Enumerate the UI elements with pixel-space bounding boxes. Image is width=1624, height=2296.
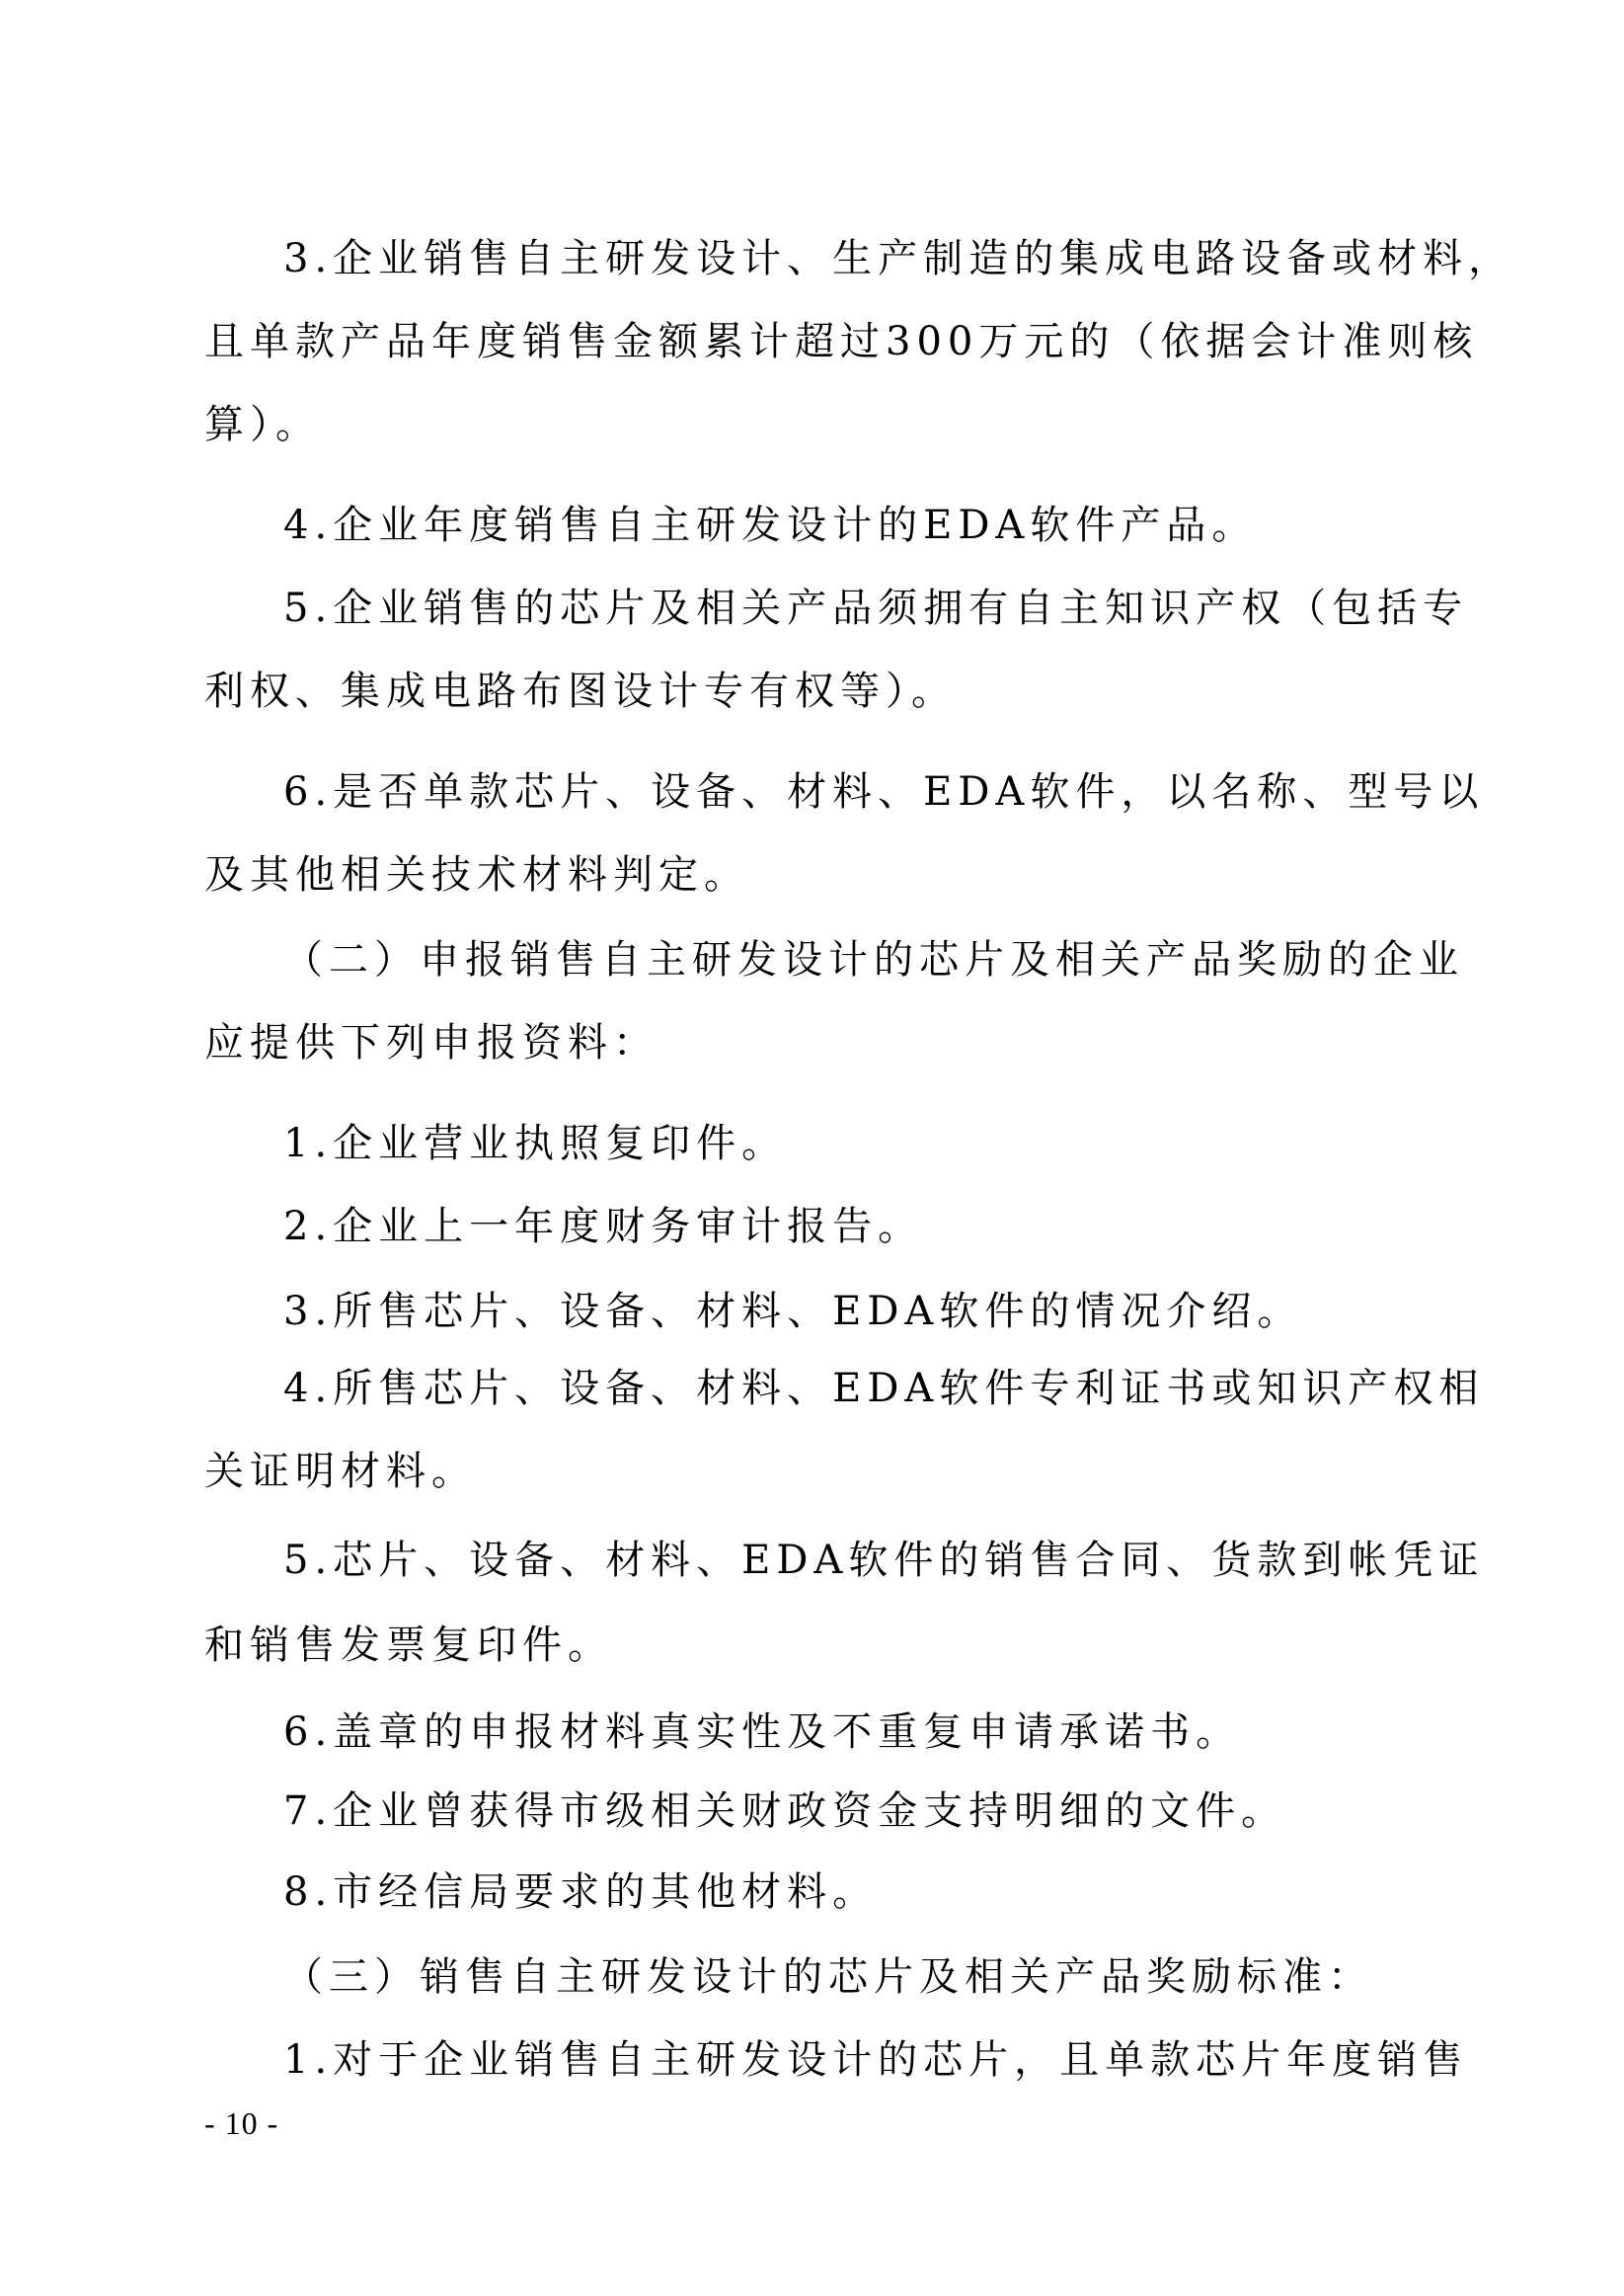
list-item-patent-certificate-continued: 关证明材料。 bbox=[204, 1442, 477, 1501]
paragraph-line-item-5-ip: 5.企业销售的芯片及相关产品须拥有自主知识产权（包括专 bbox=[283, 579, 1446, 638]
section-heading-2-continued: 应提供下列申报资料： bbox=[204, 1013, 658, 1072]
list-item-sales-contract-continued: 和销售发票复印件。 bbox=[204, 1616, 613, 1675]
list-item-other-materials: 8.市经信局要求的其他材料。 bbox=[283, 1862, 878, 1922]
paragraph-line-technical-materials: 及其他相关技术材料判定。 bbox=[204, 845, 749, 905]
list-item-product-introduction: 3.所售芯片、设备、材料、EDA软件的情况介绍。 bbox=[283, 1282, 1302, 1341]
paragraph-line-ip-types: 利权、集成电路布图设计专有权等）。 bbox=[204, 662, 957, 721]
paragraph-line-accounting-end: 算）。 bbox=[204, 395, 321, 454]
list-item-sales-contract: 5.芯片、设备、材料、EDA软件的销售合同、货款到帐凭证 bbox=[283, 1531, 1446, 1590]
list-item-business-license: 1.企业营业执照复印件。 bbox=[283, 1114, 787, 1173]
paragraph-line-item-6-single-product: 6.是否单款芯片、设备、材料、EDA软件，以名称、型号以 bbox=[283, 762, 1446, 822]
document-page: 3.企业销售自主研发设计、生产制造的集成电路设备或材料， 且单款产品年度销售金额… bbox=[0, 0, 1624, 2296]
list-item-audit-report: 2.企业上一年度财务审计报告。 bbox=[283, 1197, 923, 1256]
paragraph-line-item-4-eda: 4.企业年度销售自主研发设计的EDA软件产品。 bbox=[283, 496, 1257, 555]
section-heading-3-reward-standard: （三）销售自主研发设计的芯片及相关产品奖励标准： bbox=[283, 1947, 1373, 2007]
paragraph-line-sales-threshold: 且单款产品年度销售金额累计超过300万元的（依据会计准则核 bbox=[204, 312, 1446, 371]
paragraph-line-reward-item-1: 1.对于企业销售自主研发设计的芯片，且单款芯片年度销售 bbox=[283, 2030, 1446, 2090]
list-item-patent-certificate: 4.所售芯片、设备、材料、EDA软件专利证书或知识产权相 bbox=[283, 1359, 1446, 1418]
list-item-funding-history: 7.企业曾获得市级相关财政资金支持明细的文件。 bbox=[283, 1781, 1286, 1841]
paragraph-line-item-3-equipment: 3.企业销售自主研发设计、生产制造的集成电路设备或材料， bbox=[283, 229, 1446, 288]
section-heading-2-application: （二）申报销售自主研发设计的芯片及相关产品奖励的企业 bbox=[283, 930, 1446, 990]
list-item-commitment-letter: 6.盖章的申报材料真实性及不重复申请承诺书。 bbox=[283, 1702, 1241, 1762]
page-number: - 10 - bbox=[204, 2105, 278, 2142]
